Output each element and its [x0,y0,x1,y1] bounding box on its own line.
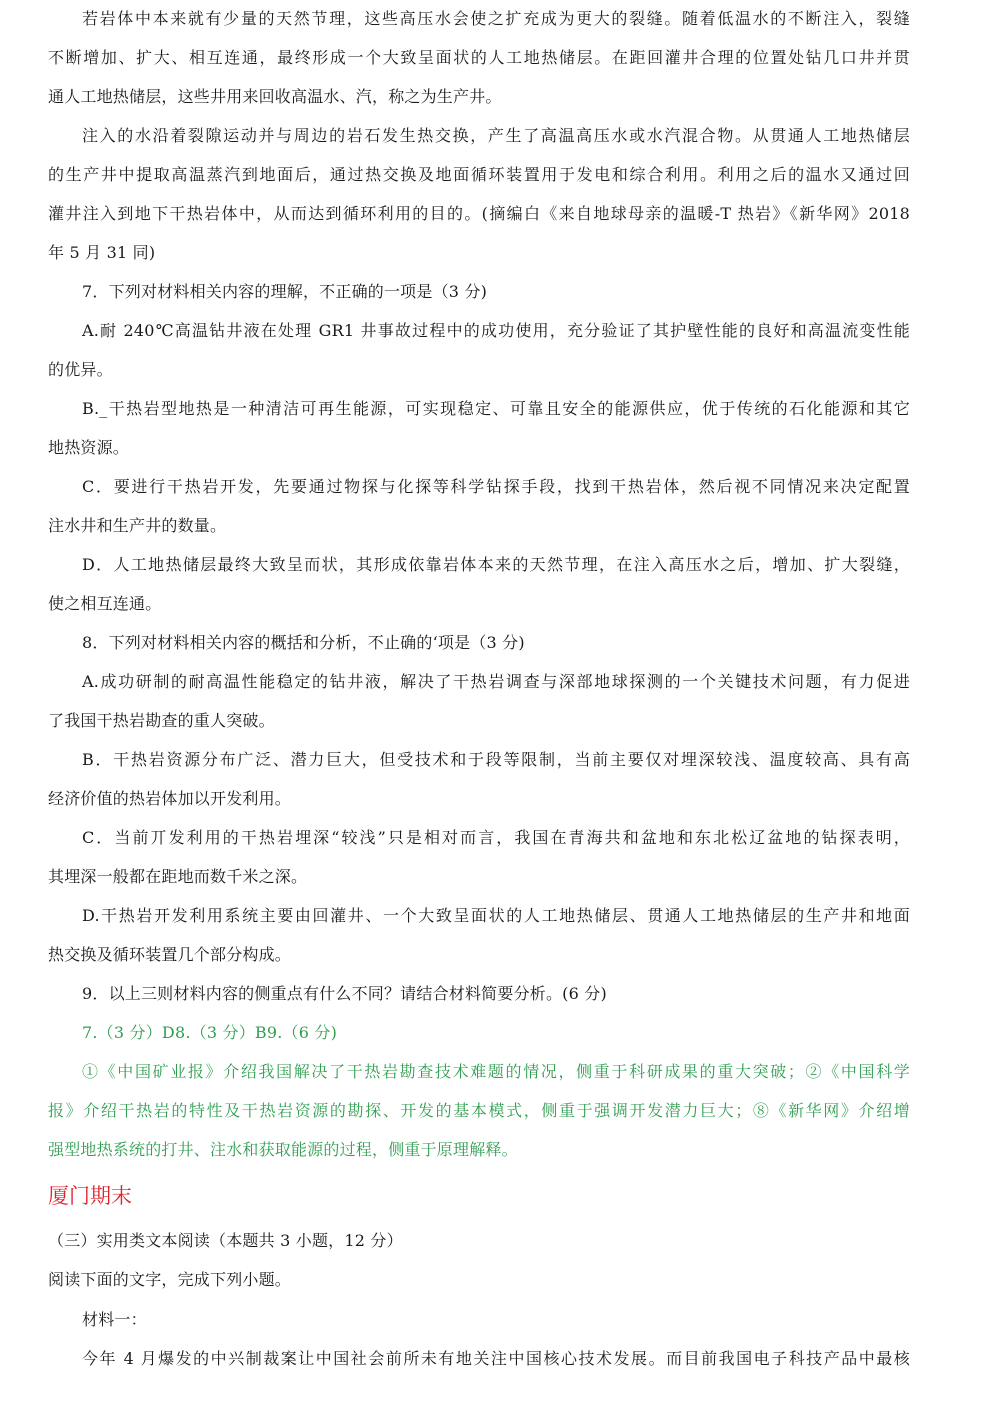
text-line: 热交换及循环装置几个部分构成。 [48,944,910,966]
text-line: 材料一： [48,1309,910,1331]
text-line: D.干热岩开发利用系统主要由回灌井、一个大致呈面状的人工地热储层、贯通人工地热储… [48,905,910,927]
text-line: 地热资源。 [48,437,910,459]
text-line: 阅读下面的文字，完成下列小题。 [48,1269,910,1291]
text-line: C．要进行干热岩开发，先要通过物探与化探等科学钻探手段，找到干热岩体，然后视不同… [48,476,910,498]
text-line: A.成功研制的耐高温性能稳定的钻井液，解决了干热岩调查与深部地球探测的一个关键技… [48,671,910,693]
text-line: 了我国干热岩勘查的重人突破。 [48,710,910,732]
text-line: B._干热岩型地热是一种清洁可再生能源，可实现稳定、可靠且安全的能源供应，优于传… [48,398,910,420]
text-line: 9．以上三则材料内容的侧重点有什么不同？请结合材料简要分析。(6 分) [48,983,910,1005]
text-line: 7．下列对材料相关内容的理解，不正确的一项是（3 分) [48,281,910,303]
answer-line: ①《中国矿业报》介绍我国解决了干热岩勘查技术难题的情况，侧重于科研成果的重大突破… [48,1061,910,1083]
text-line: 通人工地热储层，这些井用来回收高温水、汽，称之为生产井。 [48,86,910,108]
text-line: 其埋深一般都在距地而数千米之深。 [48,866,910,888]
text-line: 注水井和生产井的数量。 [48,515,910,537]
text-line: 使之相互连通。 [48,593,910,615]
text-line: 年 5 月 31 同) [48,242,910,264]
text-line: B．干热岩资源分布广泛、潜力巨大，但受技术和于段等限制，当前主要仅对埋深较浅、温… [48,749,910,771]
text-line: 若岩体中本来就有少量的天然节理，这些高压水会使之扩充成为更大的裂缝。随着低温水的… [48,8,910,30]
text-line: 不断增加、扩大、相互连通，最终形成一个大致呈面状的人工地热储层。在距回灌井合理的… [48,47,910,69]
text-line: 今年 4 月爆发的中兴制裁案让中国社会前所未有地关注中国核心技术发展。而目前我国… [48,1348,910,1370]
text-line: D．人工地热储层最终大致呈而状，其形成依靠岩体本来的天然节理，在注入高压水之后，… [48,554,910,576]
answer-line: 强型地热系统的打井、注水和获取能源的过程，侧重于原理解释。 [48,1139,910,1161]
text-line: （三）实用类文本阅读（本题共 3 小题，12 分） [48,1230,910,1252]
text-line: 的生产井中提取高温蒸汽到地面后，通过热交换及地面循环装置用于发电和综合利用。利用… [48,164,910,186]
text-line: 的优异。 [48,359,910,381]
answer-line: 7.（3 分）D8.（3 分）B9.（6 分) [48,1022,910,1044]
text-line: 8．下列对材料相关内容的概括和分析，不止确的‘项是（3 分) [48,632,910,654]
text-line: 注入的水沿着裂隙运动并与周边的岩石发生热交换，产生了高温高压水或水汽混合物。从贯… [48,125,910,147]
section-heading: 厦门期末 [48,1182,132,1210]
text-line: 灌井注入到地下干热岩体中，从而达到循环利用的目的。(摘编白《来自地球母亲的温暖-… [48,203,910,225]
text-line: 经济价值的热岩体加以开发利用。 [48,788,910,810]
text-line: A.耐 240℃高温钻井液在处理 GR1 井事故过程中的成功使用，充分验证了其护… [48,320,910,342]
text-line: C．当前丌发利用的干热岩埋深“较浅”只是相对而言，我国在青海共和盆地和东北松辽盆… [48,827,910,849]
answer-line: 报》介绍干热岩的特性及干热岩资源的勘探、开发的基本模式，侧重于强调开发潜力巨大；… [48,1100,910,1122]
